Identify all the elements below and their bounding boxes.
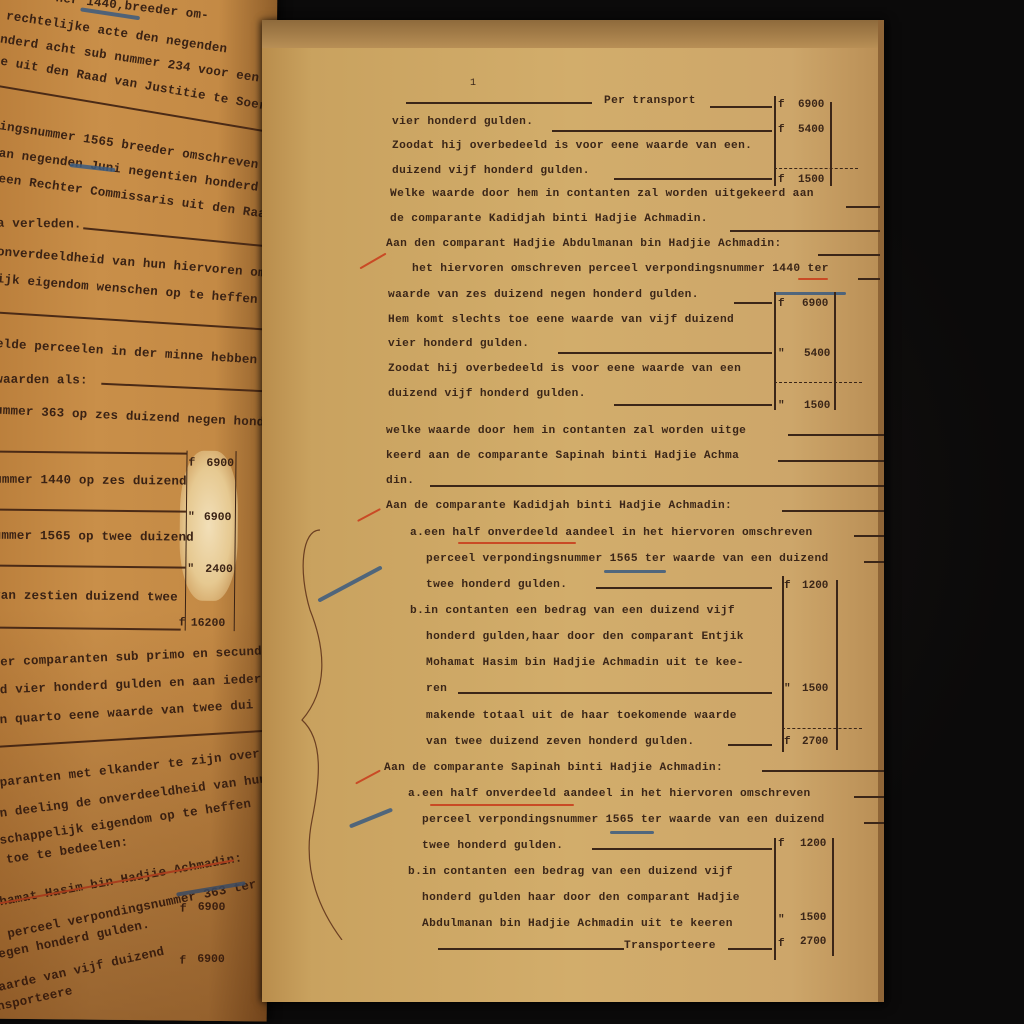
right-line: makende totaal uit de haar toekomende wa… — [426, 710, 737, 722]
per-transport: Per transport — [604, 95, 696, 107]
red-pencil-mark — [360, 253, 387, 270]
section-heading: Aan den comparant Hadjie Abdulmanan bin … — [386, 238, 782, 250]
right-line: din. — [386, 475, 414, 487]
right-line: b.in contanten een bedrag van een duizen… — [410, 605, 735, 617]
fill-rule — [0, 311, 272, 330]
fill-rule — [83, 227, 272, 247]
amount: 2400 — [205, 563, 233, 576]
currency: f — [188, 457, 195, 470]
red-pencil-mark — [357, 508, 381, 522]
left-line: nd vier honderd gulden en aan ieder — [0, 672, 262, 697]
right-line: ren — [426, 683, 447, 695]
left-line: waarden als: — [0, 373, 88, 388]
right-line: Zoodat hij overbedeeld is voor eene waar… — [392, 140, 752, 152]
section-heading: Aan de comparante Kadidjah binti Hadjie … — [386, 500, 732, 512]
right-line: Zoodat hij overbedeeld is voor eene waar… — [388, 363, 741, 375]
fill-rule — [0, 730, 267, 748]
left-line: en quarto eene waarde van twee dui — [0, 698, 254, 728]
amount: 1500 — [800, 912, 826, 924]
right-line: vier honderd gulden. — [392, 116, 533, 128]
right-line: a.een half onverdeeld aandeel in het hie… — [408, 788, 811, 800]
amount: 1200 — [802, 580, 828, 592]
page-mark: 1 — [470, 78, 476, 89]
amount: 1500 — [804, 400, 830, 412]
currency: " — [188, 511, 195, 524]
right-line: duizend vijf honderd gulden. — [392, 165, 590, 177]
right-line: honderd gulden,haar door den comparant E… — [426, 631, 744, 643]
fill-rule — [0, 565, 185, 569]
amount: 1200 — [800, 838, 826, 850]
fill-rule — [101, 383, 271, 392]
left-line: ummer 1440 op zes duizend — [0, 473, 187, 489]
amount: 1500 — [802, 683, 828, 695]
left-line: der comparanten sub primo en secundo — [0, 644, 270, 670]
fill-rule — [0, 509, 186, 513]
amount: 6900 — [802, 298, 828, 310]
right-line: perceel verpondingsnummer 1565 ter waard… — [426, 553, 829, 565]
right-line: Mohamat Hasim bin Hadjie Achmadin uit te… — [426, 657, 744, 669]
amount: 5400 — [804, 348, 830, 360]
left-page: ner 1440,breeder om- rechtelijke acte de… — [0, 0, 277, 1022]
right-line: twee honderd gulden. — [422, 840, 563, 852]
right-line: perceel verpondingsnummer 1565 ter waard… — [422, 814, 825, 826]
right-line: a.een half onverdeeld aandeel in het hie… — [410, 527, 813, 539]
left-line: ummer 1565 op twee duizend — [0, 529, 194, 545]
right-line: waarde van zes duizend negen honderd gul… — [388, 289, 699, 301]
currency: f — [179, 617, 186, 630]
amount: 2700 — [802, 736, 828, 748]
right-line: het hiervoren omschreven perceel verpond… — [412, 263, 829, 275]
currency: f — [180, 903, 187, 916]
amount: 2700 — [800, 936, 826, 948]
amount-column — [185, 451, 237, 632]
fill-rule — [0, 451, 187, 455]
amount: 6900 — [206, 457, 234, 470]
section-heading: Aan de comparante Sapinah binti Hadjie A… — [384, 762, 723, 774]
right-line: Abdulmanan bin Hadjie Achmadin uit te ke… — [422, 918, 733, 930]
amount: 6900 — [198, 901, 226, 914]
right-line: van twee duizend zeven honderd gulden. — [426, 736, 694, 748]
right-line: welke waarde door hem in contanten zal w… — [386, 425, 746, 437]
currency: f — [179, 955, 186, 968]
right-line: Hem komt slechts toe eene waarde van vij… — [388, 314, 734, 326]
right-line: vier honderd gulden. — [388, 338, 529, 350]
transporteere: Transporteere — [624, 940, 716, 952]
amount: 6900 — [204, 511, 232, 524]
amount: 1500 — [798, 174, 824, 186]
left-line: ummer 363 op zes duizend negen honderd — [0, 404, 277, 431]
amount: 6900 — [798, 99, 824, 111]
left-line: elde perceelen in der minne hebben ge- — [0, 337, 277, 369]
amount: 6900 — [197, 953, 225, 966]
right-line: honderd gulden haar door den comparant H… — [422, 892, 740, 904]
right-line: de comparante Kadidjah binti Hadjie Achm… — [390, 213, 708, 225]
left-line: a verleden. — [0, 217, 82, 232]
right-line: b.in contanten een bedrag van een duizen… — [408, 866, 733, 878]
fill-rule — [0, 627, 181, 631]
right-line: twee honderd gulden. — [426, 579, 567, 591]
right-line: duizend vijf honderd gulden. — [388, 388, 586, 400]
right-line: keerd aan de comparante Sapinah binti Ha… — [386, 450, 739, 462]
currency: " — [187, 563, 194, 576]
right-page: 1 Per transport vier honderd gulden. Zoo… — [262, 20, 884, 1002]
amount: 5400 — [798, 124, 824, 136]
left-line: van zestien duizend twee — [0, 589, 178, 605]
red-pencil-mark — [355, 770, 381, 785]
amount: 16200 — [191, 617, 226, 630]
right-line: Welke waarde door hem in contanten zal w… — [390, 188, 814, 200]
